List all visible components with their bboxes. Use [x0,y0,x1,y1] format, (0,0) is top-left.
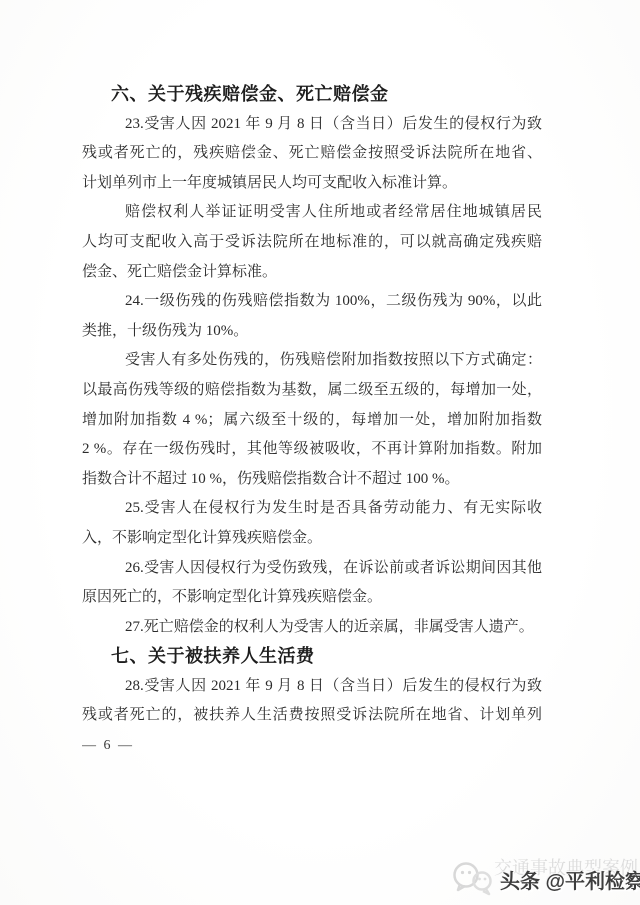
doc-line: 类推，十级伤残为 10%。 [82,317,542,347]
doc-line: 2 %。存在一级伤残时，其他等级被吸收，不再计算附加指数。附加 [82,435,542,465]
doc-line: 赔偿权利人举证证明受害人住所地或者经常居住地城镇居民 [82,198,542,228]
toutiao-watermark: 交通事故典型案例 头条 @平利检察 [448,852,640,902]
chat-bubbles-icon [450,860,494,898]
doc-line: 计划单列市上一年度城镇居民人均可支配收入标准计算。 [82,169,542,199]
doc-line: 原因死亡的，不影响定型化计算残疾赔偿金。 [82,583,542,613]
doc-line: 23.受害人因 2021 年 9 月 8 日（含当日）后发生的侵权行为致 [82,110,542,140]
doc-line: 受害人有多处伤残的，伤残赔偿附加指数按照以下方式确定： [82,346,542,376]
doc-line: 25.受害人在侵权行为发生时是否具备劳动能力、有无实际收 [82,494,542,524]
watermark-badge-text: 头条 @平利检察 [500,870,640,894]
document-text-block: 六、关于残疾赔偿金、死亡赔偿金 23.受害人因 2021 年 9 月 8 日（含… [82,80,542,761]
doc-line: 残或者死亡的，被扶养人生活费按照受诉法院所在地省、计划单列 [82,701,542,731]
doc-line: 增加附加指数 4 %；属六级至十级的，每增加一处，增加附加指数 [82,406,542,436]
doc-line: 入，不影响定型化计算残疾赔偿金。 [82,524,542,554]
doc-line: 27.死亡赔偿金的权利人为受害人的近亲属，非属受害人遗产。 [82,613,542,643]
doc-line: 偿金、死亡赔偿金计算标准。 [82,258,542,288]
doc-line: 人均可支配收入高于受诉法院所在地标准的，可以就高确定残疾赔 [82,228,542,258]
section-heading-6: 六、关于残疾赔偿金、死亡赔偿金 [82,80,542,110]
page-number: — 6 — [82,731,542,761]
doc-line: 28.受害人因 2021 年 9 月 8 日（含当日）后发生的侵权行为致 [82,672,542,702]
section-heading-7: 七、关于被扶养人生活费 [82,642,542,672]
doc-line: 26.受害人因侵权行为受伤致残，在诉讼前或者诉讼期间因其他 [82,554,542,584]
doc-line: 24.一级伤残的伤残赔偿指数为 100%，二级伤残为 90%，以此 [82,287,542,317]
scanned-document-page: 六、关于残疾赔偿金、死亡赔偿金 23.受害人因 2021 年 9 月 8 日（含… [0,0,640,905]
doc-line: 以最高伤残等级的赔偿指数为基数，属二级至五级的，每增加一处， [82,376,542,406]
doc-line: 残或者死亡的，残疾赔偿金、死亡赔偿金按照受诉法院所在地省、 [82,139,542,169]
doc-line: 指数合计不超过 10 %，伤残赔偿指数合计不超过 100 %。 [82,465,542,495]
